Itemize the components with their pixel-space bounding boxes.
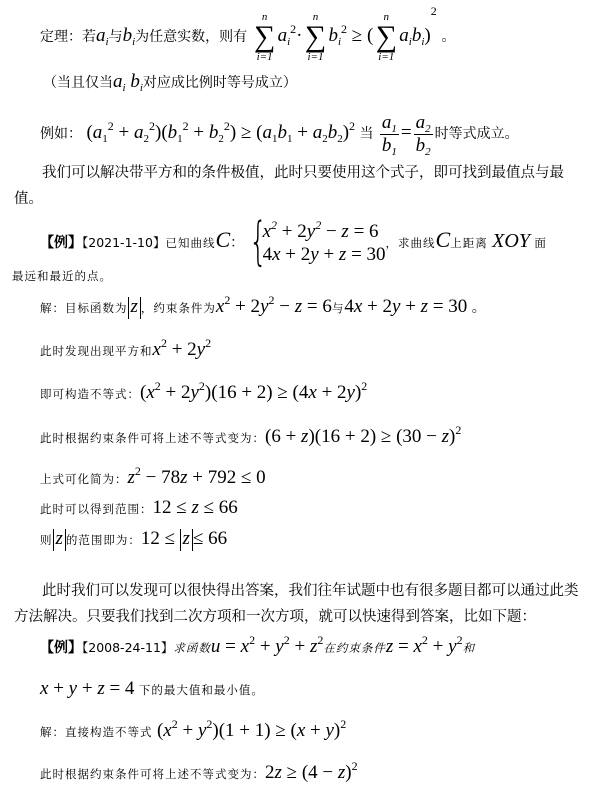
left-brace: { [249, 216, 267, 268]
example-2-continued: x + y + z = 4 下的最大值和最小值。 [40, 674, 264, 704]
sum-operator: n∑i=1 [373, 11, 399, 63]
example-2: 【例】【2008-24-11】求函数u = x2 + y2 + z2在约束条件z… [40, 630, 475, 664]
theorem-end: 。 [442, 29, 456, 45]
var-b-i: bi [123, 25, 136, 46]
sum-operator: n∑i=1 [252, 11, 278, 63]
abs-z: z [53, 529, 66, 551]
example-formula: (a12 + a22)(b12 + b22) ≥ (a1b1 + a2b2)2 [86, 122, 355, 143]
abs-z: z [128, 297, 141, 319]
solution-1-step-7: 则z的范围即为：12 ≤ z≤ 66 [40, 524, 227, 554]
system-row-1: x2 + 2y2 − z = 6 [263, 220, 386, 243]
var-a-i: ai [96, 25, 109, 46]
fraction-a1-b1: a1b1 [380, 112, 399, 157]
cauchy-formula: n∑i=1ai2·n∑i=1bi2 ≥ (n∑i=1aibi)2 [252, 25, 442, 46]
fraction-a2-b2: a2b2 [414, 112, 433, 157]
solution-1-step-1: 解：目标函数为z，约束条件为x2 + 2y2 − z = 6与4x + 2y +… [40, 292, 486, 322]
solution-1-step-2: 此时发现出现平方和x2 + 2y2 [40, 336, 211, 364]
example-1: 【例】【2021-1-10】已知曲线C： { x2 + 2y2 − z = 6 … [40, 212, 547, 268]
solution-1-step-4: 此时根据约束条件可将上述不等式变为：(6 + z)(16 + 2) ≥ (30 … [40, 422, 461, 452]
paragraph-1: 我们可以解决带平方和的条件极值，此时只要使用这个式子，即可找到最值点与最值。 [14, 160, 582, 212]
solution-2-step-1: 解：直接构造不等式 (x2 + y2)(1 + 1) ≥ (x + y)2 [40, 716, 346, 746]
theorem-conj: 与 [109, 29, 123, 45]
solution-1-step-3: 即可构造不等式：(x2 + 2y2)(16 + 2) ≥ (4x + 2y)2 [40, 378, 367, 408]
theorem-line: 定理：若ai与bi为任意实数，则有 n∑i=1ai2·n∑i=1bi2 ≥ (n… [40, 8, 456, 64]
paragraph-2: 此时我们可以发现可以很快得出答案，我们往年试题中也有很多题目都可以通过此类方法解… [14, 578, 582, 630]
solution-1-step-6: 此时可以得到范围：12 ≤ z ≤ 66 [40, 494, 238, 522]
equation-system: { x2 + 2y2 − z = 6 4x + 2y + z = 30 [249, 220, 386, 266]
solution-1-step-5: 上式可化简为：z2 − 78z + 792 ≤ 0 [40, 464, 266, 492]
example-1-continued: 最远和最近的点。 [12, 266, 112, 286]
theorem-mid: 为任意实数，则有 [135, 29, 247, 45]
solution-2-step-2: 此时根据约束条件可将上述不等式变为：2z ≥ (4 − z)2 [40, 758, 358, 788]
equality-note: （当且仅当ai bi对应成比例时等号成立） [43, 68, 297, 96]
sum-operator: n∑i=1 [302, 11, 328, 63]
system-row-2: 4x + 2y + z = 30 [263, 243, 386, 266]
example-intro: 例如： (a12 + a22)(b12 + b22) ≥ (a1b1 + a2b… [40, 106, 519, 160]
abs-z: z [180, 529, 193, 551]
theorem-prefix: 定理：若 [40, 29, 96, 45]
